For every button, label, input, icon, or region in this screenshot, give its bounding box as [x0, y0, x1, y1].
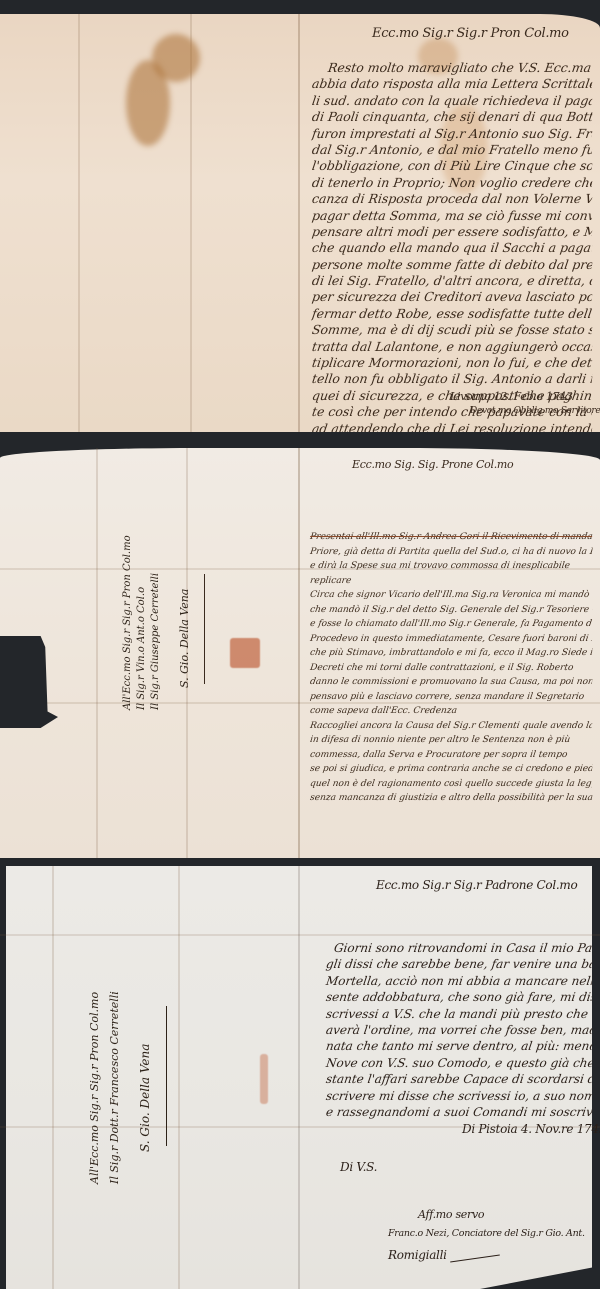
signature-flourish — [450, 1255, 500, 1263]
text-line: che mandò il Sig.r del detto Sig. Genera… — [309, 603, 593, 618]
text-line: Nove con V.S. suo Comodo, e questo già c… — [325, 1055, 593, 1071]
text-line: Raccogliei ancora la Causa del Sig.r Cle… — [309, 719, 593, 734]
text-line: Circa che signor Vicario dell'Ill.ma Sig… — [309, 588, 593, 603]
torn-paper-hole — [0, 636, 58, 728]
text-line: Presentai all'Ill.mo Sig.r Andrea Gori i… — [309, 530, 593, 545]
text-line: tiplicare Mormorazioni, non lo fui, e ch… — [311, 355, 593, 371]
letter-3-address-destination: S. Gio. Della Vena — [138, 1044, 152, 1152]
letter-2-paper: Ecc.mo Sig. Sig. Prone Col.mo All'Ecc.mo… — [0, 448, 600, 858]
text-line: Mortella, acciò non mi abbia a mancare n… — [325, 973, 593, 989]
letter-2-address-destination: S. Gio. Della Vena — [178, 589, 191, 688]
fold-line — [298, 14, 300, 432]
letter-2-panel: Ecc.mo Sig. Sig. Prone Col.mo All'Ecc.mo… — [0, 448, 600, 858]
underline — [166, 1006, 167, 1146]
text-line: per sicurezza dei Creditori aveva lascia… — [311, 289, 593, 305]
letter-1-panel: Ecc.mo Sig.r Sig.r Pron Col.mo Resto mol… — [0, 0, 600, 432]
text-line: se poi si giudica, e prima contraria anc… — [309, 762, 593, 777]
text-line: scrivessi a V.S. che la mandi più presto… — [325, 1006, 593, 1022]
text-line: dal Sig.r Antonio, e dal mio Fratello me… — [311, 142, 593, 158]
fold-line — [298, 866, 300, 1289]
background-edge — [592, 866, 600, 1289]
text-line: in difesa di nonnio niente per altro le … — [309, 733, 593, 748]
text-line: tratta dal Lalantone, e non aggiungerò o… — [311, 339, 593, 355]
text-line: pensare altri modi per essere sodisfatto… — [311, 224, 593, 240]
text-line: danno le commissioni e promuovano la sua… — [309, 675, 593, 690]
liquid-stain — [126, 60, 170, 146]
background-edge — [480, 1266, 600, 1289]
background-edge — [0, 866, 6, 1289]
letter-2-address-line: Il Sig.r Giuseppe Cerretelli — [150, 573, 161, 710]
text-line: stante l'affari sarebbe Capace di scorda… — [325, 1071, 593, 1087]
text-line: senza mancanza di giustizia e altro dell… — [309, 791, 593, 806]
letter-3-address-line: Il Sig.r Dott.r Francesco Cerretelli — [108, 991, 121, 1184]
letter-1-signature: Devot.mo Obblig.mo Servitore — [470, 406, 600, 416]
letter-1-body: Resto molto maravigliato che V.S. Ecc.ma… — [312, 60, 592, 432]
letter-2-address-line: Il Sig.r Vin.o Ant.o Col.o — [136, 587, 147, 710]
text-line: fermar detto Robe, esse sodisfatte tutte… — [311, 306, 593, 322]
text-line: Somme, ma è di dij scudi più se fosse st… — [311, 322, 593, 338]
text-line: Procedevo in questo immediatamente, Cesa… — [309, 632, 593, 647]
text-line: canza di Risposta proceda dal non Volern… — [311, 191, 593, 207]
letter-3-signature: Romigialli — [388, 1248, 447, 1262]
text-line: pensavo più e lasciavo correre, senza ma… — [309, 690, 593, 705]
fold-line — [96, 448, 98, 858]
fold-line — [178, 866, 180, 1289]
text-line: e rassegnandomi a suoi Comandi mi soscri… — [325, 1104, 593, 1120]
fold-line — [0, 934, 600, 936]
letter-3-addressee: Di V.S. — [340, 1160, 377, 1174]
text-line: averà l'ordine, ma vorrei che fosse ben,… — [325, 1022, 593, 1038]
text-line: come sapeva dall'Ecc. Credenza — [309, 704, 593, 719]
text-line: persone molte somme fatte di debito dal … — [311, 257, 593, 273]
text-line: pagar detta Somma, ma se ciò fusse mi co… — [311, 208, 593, 224]
letter-3-salutation: Ecc.mo Sig.r Sig.r Padrone Col.mo — [376, 878, 577, 892]
letter-3-panel: All'Ecc.mo Sig.r Sig.r Pron Col.mo Il Si… — [0, 866, 600, 1289]
text-line: quel non è del ragionamento così quello … — [309, 777, 593, 792]
text-line: e fosse lo chiamato dall'Ill.mo Sig.r Ge… — [309, 617, 593, 632]
text-line: di tenerlo in Proprio; Non voglio creder… — [311, 175, 593, 191]
text-line: e dirà la Spese sua mi trovavo commossa … — [309, 559, 593, 574]
fold-line — [298, 448, 300, 858]
letter-3-signature: Franc.o Nezi, Conciatore del Sig.r Gio. … — [388, 1228, 585, 1239]
text-line: ad attendendo che di Lei resoluzione int… — [311, 421, 593, 432]
text-line: di Paoli cinquanta, che sij denari di qu… — [311, 109, 593, 125]
letter-1-paper: Ecc.mo Sig.r Sig.r Pron Col.mo Resto mol… — [0, 14, 600, 432]
text-line: l'obbligazione, con di Più Lire Cinque c… — [311, 158, 593, 174]
letter-3-dateline: Di Pistoia 4. Nov.re 1749 — [462, 1122, 600, 1136]
text-line: sente addobbatura, che sono già fare, mi… — [325, 989, 593, 1005]
wax-seal-remnant — [260, 1054, 268, 1104]
text-line: replicare — [309, 574, 593, 589]
text-line: scrivere mi disse che scrivessi io, a su… — [325, 1088, 593, 1104]
text-line: tello non fu obbligato il Sig. Antonio a… — [311, 371, 593, 387]
letter-1-dateline: Livorno 12. Feb.o 1743 — [450, 390, 573, 403]
text-line: che più Stimavo, imbrattandolo e mi fa, … — [309, 646, 593, 661]
letter-1-salutation: Ecc.mo Sig.r Sig.r Pron Col.mo — [372, 26, 569, 41]
text-line: Resto molto maravigliato che V.S. Ecc.ma… — [311, 60, 593, 76]
fold-line — [78, 14, 80, 432]
wax-seal-remnant — [230, 638, 260, 668]
letter-2-address-line: All'Ecc.mo Sig.r Sig.r Pron Col.mo — [122, 535, 133, 710]
underline — [204, 574, 205, 684]
letter-2-body: Presentai all'Ill.mo Sig.r Andrea Gori i… — [310, 530, 592, 806]
letter-3-paper: All'Ecc.mo Sig.r Sig.r Pron Col.mo Il Si… — [0, 866, 600, 1289]
letter-3-closing: Aff.mo servo — [418, 1208, 484, 1221]
text-line: Priore, già detta di Partita quella del … — [309, 545, 593, 560]
text-line: di lei Sig. Fratello, d'altri ancora, e … — [311, 273, 593, 289]
text-line: furon imprestati al Sig.r Antonio suo Si… — [311, 126, 593, 142]
text-line: che quando ella mando qua il Sacchi a pa… — [311, 240, 593, 256]
letter-3-body: Giorni sono ritrovandomi in Casa il mio … — [326, 940, 592, 1120]
text-line: Giorni sono ritrovandomi in Casa il mio … — [325, 940, 593, 956]
letter-2-salutation: Ecc.mo Sig. Sig. Prone Col.mo — [352, 458, 513, 471]
text-line: commessa, dalla Serva e Procuratore per … — [309, 748, 593, 763]
letter-3-address-line: All'Ecc.mo Sig.r Sig.r Pron Col.mo — [88, 992, 101, 1184]
text-line: gli dissi che sarebbe bene, far venire u… — [325, 956, 593, 972]
text-line: nata che tanto mi serve dentro, al più: … — [325, 1038, 593, 1054]
text-line: li sud. andato con la quale richiedeva i… — [311, 93, 593, 109]
text-line: abbia dato risposta alla mia Lettera Scr… — [311, 76, 593, 92]
text-line: Decreti che mi torni dalle contrattazion… — [309, 661, 593, 676]
fold-line — [52, 866, 54, 1289]
